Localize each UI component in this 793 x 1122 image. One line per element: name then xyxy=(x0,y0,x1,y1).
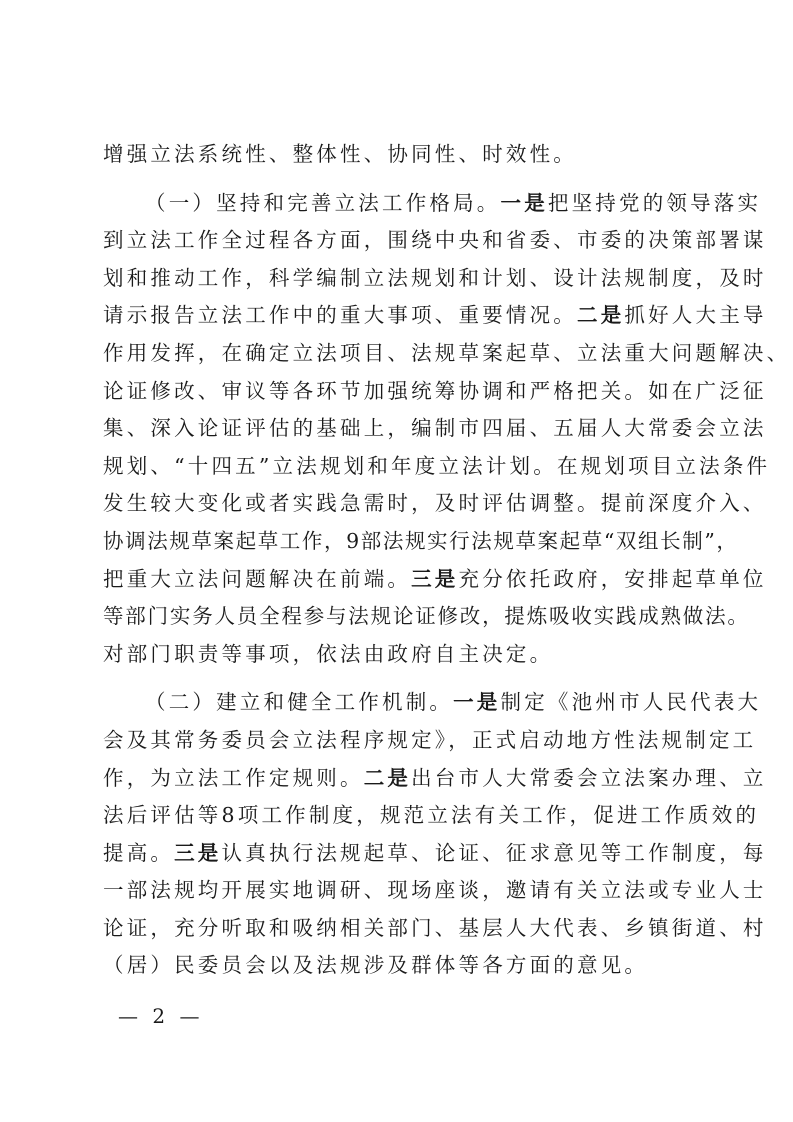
text-segment: 作，为立法工作定规则。 xyxy=(103,766,364,790)
section-2-heading: （二）建立和健全工作机制。 xyxy=(145,690,453,714)
emphasis-third: 三是 xyxy=(174,841,221,865)
text-segment: 把坚持党的领导落实 xyxy=(548,191,761,215)
text-segment: 抓好人大主导 xyxy=(624,303,766,327)
paragraph-spacer xyxy=(103,673,735,684)
text-segment: 把重大立法问题解决在前端。 xyxy=(103,567,411,591)
document-page: 增强立法系统性、整体性、协同性、时效性。 （一）坚持和完善立法工作格局。一是把坚… xyxy=(103,136,735,985)
section-1-heading-line: （一）坚持和完善立法工作格局。一是把坚持党的领导落实 xyxy=(103,185,735,223)
section-1-heading: （一）坚持和完善立法工作格局。 xyxy=(145,191,501,215)
section-1-line-6: 论证修改、审议等各环节加强统筹协调和严格把关。如在广泛征 xyxy=(103,373,735,411)
page-number: — 2 — xyxy=(118,1004,203,1028)
section-1-line-13: 对部门职责等事项，依法由政府自主决定。 xyxy=(103,636,735,674)
paragraph-spacer xyxy=(103,174,735,185)
section-2-line-8: （居）民委员会以及法规涉及群体等各方面的意见。 xyxy=(103,947,735,985)
text-segment: 请示报告立法工作中的重大事项、重要情况。 xyxy=(103,303,577,327)
paragraph-intro-line-1: 增强立法系统性、整体性、协同性、时效性。 xyxy=(103,136,735,174)
section-1-line-12: 等部门实务人员全程参与法规论证修改，提炼吸收实践成熟做法。 xyxy=(103,598,735,636)
emphasis-first: 一是 xyxy=(501,191,548,215)
emphasis-first: 一是 xyxy=(453,690,500,714)
text-segment: 制定《池州市人民代表大 xyxy=(501,690,762,714)
section-1-line-11: 把重大立法问题解决在前端。三是充分依托政府，安排起草单位 xyxy=(103,561,735,599)
section-1-line-7: 集、深入论证评估的基础上，编制市四届、五届人大常委会立法 xyxy=(103,410,735,448)
emphasis-second: 二是 xyxy=(364,766,411,790)
text-segment: 出台市人大常委会立法案办理、立 xyxy=(411,766,767,790)
section-2-line-6: 一部法规均开展实地调研、现场座谈，邀请有关立法或专业人士 xyxy=(103,872,735,910)
section-2-heading-line: （二）建立和健全工作机制。一是制定《池州市人民代表大 xyxy=(103,684,735,722)
section-2-line-5: 提高。三是认真执行法规起草、论证、征求意见等工作制度，每 xyxy=(103,835,735,873)
emphasis-third: 三是 xyxy=(411,567,458,591)
section-2-line-4: 法后评估等8项工作制度，规范立法有关工作，促进工作质效的 xyxy=(103,797,735,835)
text-segment: 提高。 xyxy=(103,841,174,865)
text-segment: 认真执行法规起草、论证、征求意见等工作制度，每 xyxy=(222,841,767,865)
section-2-line-2: 会及其常务委员会立法程序规定》，正式启动地方性法规制定工 xyxy=(103,722,735,760)
section-1-line-9: 发生较大变化或者实践急需时，及时评估调整。提前深度介入、 xyxy=(103,485,735,523)
section-1-line-4: 请示报告立法工作中的重大事项、重要情况。二是抓好人大主导 xyxy=(103,297,735,335)
section-2-line-7: 论证，充分听取和吸纳相关部门、基层人大代表、乡镇街道、村 xyxy=(103,910,735,948)
section-1-line-10: 协调法规草案起草工作，9部法规实行法规草案起草“双组长制”， xyxy=(103,523,735,561)
text-segment: 充分依托政府，安排起草单位 xyxy=(459,567,767,591)
section-1-line-3: 划和推动工作，科学编制立法规划和计划、设计法规制度，及时 xyxy=(103,260,735,298)
section-1-line-5: 作用发挥，在确定立法项目、法规草案起草、立法重大问题解决、 xyxy=(103,335,735,373)
section-1-line-2: 到立法工作全过程各方面，围绕中央和省委、市委的决策部署谋 xyxy=(103,222,735,260)
emphasis-second: 二是 xyxy=(577,303,624,327)
section-2-line-3: 作，为立法工作定规则。二是出台市人大常委会立法案办理、立 xyxy=(103,760,735,798)
section-1-line-8: 规划、“十四五”立法规划和年度立法计划。在规划项目立法条件 xyxy=(103,448,735,486)
